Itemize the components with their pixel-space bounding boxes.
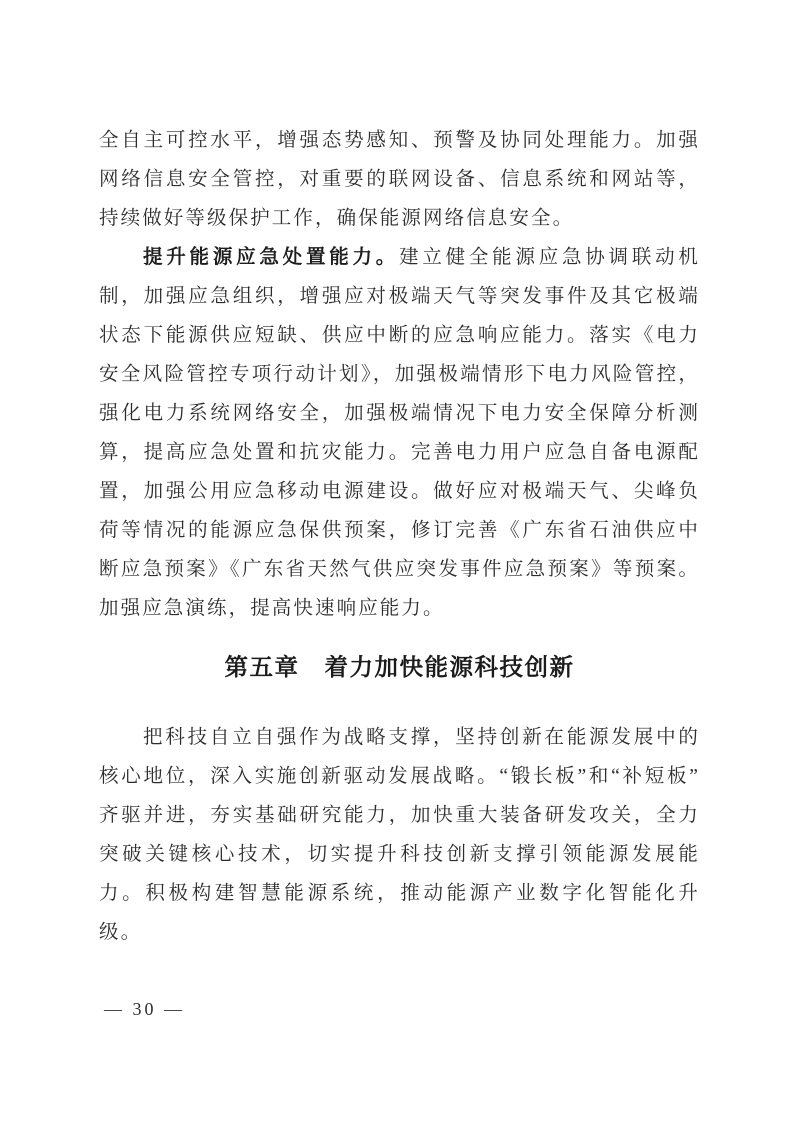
paragraph-bold-lead: 提升能源应急处置能力。 xyxy=(143,247,399,268)
paragraph-emergency-response: 提升能源应急处置能力。建立健全能源应急协调联动机制，加强应急组织，增强应对极端天… xyxy=(99,238,700,628)
paragraph-text: 全自主可控水平，增强态势感知、预警及协同处理能力。加强网络信息安全管控，对重要的… xyxy=(99,130,700,229)
paragraph-continuation: 全自主可控水平，增强态势感知、预警及协同处理能力。加强网络信息安全管控，对重要的… xyxy=(99,121,700,238)
paragraph-text: 把科技自立自强作为战略支撑，坚持创新在能源发展中的核心地位，深入实施创新驱动发展… xyxy=(99,727,700,943)
document-page: 全自主可控水平，增强态势感知、预警及协同处理能力。加强网络信息安全管控，对重要的… xyxy=(0,0,794,1123)
page-body-text: 全自主可控水平，增强态势感知、预警及协同处理能力。加强网络信息安全管控，对重要的… xyxy=(99,121,700,952)
page-number: — 30 — xyxy=(104,997,185,1021)
paragraph-text: 建立健全能源应急协调联动机制，加强应急组织，增强应对极端天气等突发事件及其它极端… xyxy=(99,247,700,619)
chapter-heading: 第五章 着力加快能源科技创新 xyxy=(99,648,700,688)
paragraph-science-innovation: 把科技自立自强作为战略支撑，坚持创新在能源发展中的核心地位，深入实施创新驱动发展… xyxy=(99,718,700,952)
